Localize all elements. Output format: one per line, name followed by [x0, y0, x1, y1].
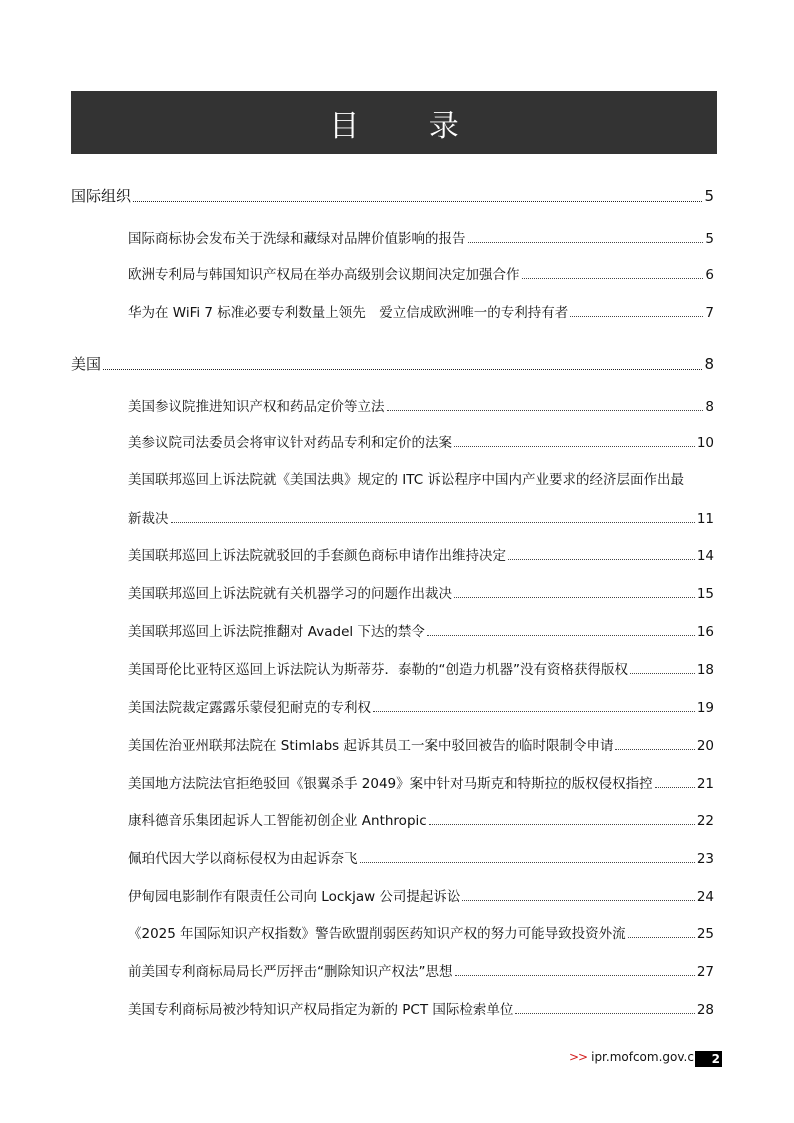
- toc-entry-label: 美国参议院推进知识产权和药品定价等立法: [128, 395, 385, 415]
- toc-page-number: 6: [705, 267, 714, 283]
- dot-leader: [387, 410, 704, 411]
- toc-entry-label: 康科德音乐集团起诉人工智能初创企业 Anthropic: [128, 809, 427, 829]
- toc-page-number: 8: [705, 399, 714, 415]
- toc-page-number: 22: [697, 813, 714, 829]
- toc-entry[interactable]: 美国哥伦比亚特区巡回上诉法院认为斯蒂芬．泰勒的“创造力机器”没有资格获得版权 1…: [128, 658, 714, 678]
- dot-leader: [373, 711, 695, 712]
- toc-page-number: 10: [697, 435, 714, 451]
- toc-entry-label: 美国地方法院法官拒绝驳回《银翼杀手 2049》案中针对马斯克和特斯拉的版权侵权指…: [128, 772, 653, 792]
- toc-page-number: 5: [704, 187, 714, 205]
- toc-entry-label: 美国法院裁定露露乐蒙侵犯耐克的专利权: [128, 696, 371, 716]
- dot-leader: [570, 316, 703, 317]
- toc-page-number: 5: [705, 231, 714, 247]
- toc-entry[interactable]: 国际商标协会发布关于洗绿和藏绿对品牌价值影响的报告 5: [128, 227, 714, 247]
- toc-section-label: 国际组织: [71, 185, 131, 206]
- toc-entry[interactable]: 佩珀代因大学以商标侵权为由起诉奈飞 23: [128, 847, 714, 867]
- toc-entry-label: 欧洲专利局与韩国知识产权局在举办高级别会议期间决定加强合作: [128, 263, 520, 283]
- page-footer: >> ipr.mofcom.gov.cn: [569, 1050, 702, 1064]
- toc-page-number: 25: [697, 926, 714, 942]
- toc-entry[interactable]: 伊甸园电影制作有限责任公司向 Lockjaw 公司提起诉讼 24: [128, 885, 714, 905]
- toc-page-number: 7: [705, 305, 714, 321]
- toc-entry-label: 美国专利商标局被沙特知识产权局指定为新的 PCT 国际检索单位: [128, 998, 513, 1018]
- double-chevron-right-icon: >>: [569, 1050, 587, 1064]
- toc-page-number: 11: [697, 511, 714, 527]
- toc-entry-label: 华为在 WiFi 7 标准必要专利数量上领先 爱立信成欧洲唯一的专利持有者: [128, 301, 568, 321]
- dot-leader: [628, 937, 695, 938]
- toc-entry[interactable]: 欧洲专利局与韩国知识产权局在举办高级别会议期间决定加强合作 6: [128, 263, 714, 283]
- toc-entry-label: 伊甸园电影制作有限责任公司向 Lockjaw 公司提起诉讼: [128, 885, 460, 905]
- toc-entry[interactable]: 美国佐治亚州联邦法院在 Stimlabs 起诉其员工一案中驳回被告的临时限制令申…: [128, 734, 714, 754]
- toc-entry[interactable]: 美国法院裁定露露乐蒙侵犯耐克的专利权 19: [128, 696, 714, 716]
- dot-leader: [429, 824, 695, 825]
- dot-leader: [655, 787, 695, 788]
- dot-leader: [462, 900, 694, 901]
- toc-entry[interactable]: 美国参议院推进知识产权和药品定价等立法 8: [128, 395, 714, 415]
- toc-page-number: 16: [697, 624, 714, 640]
- toc-entry[interactable]: 新裁决 11: [128, 507, 714, 527]
- toc-title: 目 录: [299, 101, 489, 145]
- toc-entry-wrapped-line1[interactable]: 美国联邦巡回上诉法院就《美国法典》规定的 ITC 诉讼程序中国内产业要求的经济层…: [128, 468, 724, 488]
- toc-section-international-orgs[interactable]: 国际组织 5: [71, 185, 714, 206]
- toc-entry[interactable]: 美国地方法院法官拒绝驳回《银翼杀手 2049》案中针对马斯克和特斯拉的版权侵权指…: [128, 772, 714, 792]
- dot-leader: [455, 975, 695, 976]
- dot-leader: [454, 446, 695, 447]
- dot-leader: [171, 522, 695, 523]
- toc-entry[interactable]: 《2025 年国际知识产权指数》警告欧盟削弱医药知识产权的努力可能导致投资外流 …: [128, 922, 714, 942]
- toc-page-number: 28: [697, 1002, 714, 1018]
- toc-entry-label: 美国联邦巡回上诉法院就驳回的手套颜色商标申请作出维持决定: [128, 544, 506, 564]
- dot-leader: [508, 559, 695, 560]
- toc-entry[interactable]: 美国联邦巡回上诉法院推翻对 Avadel 下达的禁令 16: [128, 620, 714, 640]
- toc-page-number: 20: [697, 738, 714, 754]
- toc-entry-label: 新裁决: [128, 507, 169, 527]
- dot-leader: [103, 369, 702, 370]
- dot-leader: [133, 201, 702, 202]
- toc-page-number: 19: [697, 700, 714, 716]
- page-number-badge: 2: [695, 1051, 722, 1067]
- toc-entry[interactable]: 康科德音乐集团起诉人工智能初创企业 Anthropic 22: [128, 809, 714, 829]
- toc-entry-label: 美国佐治亚州联邦法院在 Stimlabs 起诉其员工一案中驳回被告的临时限制令申…: [128, 734, 613, 754]
- toc-entry-label: 美国联邦巡回上诉法院就《美国法典》规定的 ITC 诉讼程序中国内产业要求的经济层…: [128, 472, 684, 488]
- toc-entry[interactable]: 前美国专利商标局局长严厉抨击“删除知识产权法”思想 27: [128, 960, 714, 980]
- dot-leader: [615, 749, 694, 750]
- toc-page-number: 23: [697, 851, 714, 867]
- toc-entry[interactable]: 美参议院司法委员会将审议针对药品专利和定价的法案 10: [128, 431, 714, 451]
- toc-entry-label: 国际商标协会发布关于洗绿和藏绿对品牌价值影响的报告: [128, 227, 466, 247]
- toc-entry-label: 美国联邦巡回上诉法院就有关机器学习的问题作出裁决: [128, 582, 452, 602]
- toc-title-bar: 目 录: [71, 91, 717, 154]
- dot-leader: [454, 597, 695, 598]
- toc-entry-label: 佩珀代因大学以商标侵权为由起诉奈飞: [128, 847, 358, 867]
- dot-leader: [522, 278, 704, 279]
- toc-page-number: 18: [697, 662, 714, 678]
- toc-entry[interactable]: 美国联邦巡回上诉法院就有关机器学习的问题作出裁决 15: [128, 582, 714, 602]
- toc-section-usa[interactable]: 美国 8: [71, 353, 714, 374]
- dot-leader: [360, 862, 695, 863]
- toc-page-number: 14: [697, 548, 714, 564]
- toc-entry-label: 《2025 年国际知识产权指数》警告欧盟削弱医药知识产权的努力可能导致投资外流: [128, 922, 626, 942]
- toc-page-number: 27: [697, 964, 714, 980]
- toc-entry-label: 美国哥伦比亚特区巡回上诉法院认为斯蒂芬．泰勒的“创造力机器”没有资格获得版权: [128, 658, 628, 678]
- dot-leader: [630, 673, 695, 674]
- toc-entry[interactable]: 华为在 WiFi 7 标准必要专利数量上领先 爱立信成欧洲唯一的专利持有者 7: [128, 301, 714, 321]
- dot-leader: [515, 1013, 694, 1014]
- toc-page-number: 8: [704, 355, 714, 373]
- toc-entry[interactable]: 美国联邦巡回上诉法院就驳回的手套颜色商标申请作出维持决定 14: [128, 544, 714, 564]
- toc-entry-label: 美国联邦巡回上诉法院推翻对 Avadel 下达的禁令: [128, 620, 425, 640]
- toc-entry[interactable]: 美国专利商标局被沙特知识产权局指定为新的 PCT 国际检索单位 28: [128, 998, 714, 1018]
- toc-section-label: 美国: [71, 353, 101, 374]
- dot-leader: [427, 635, 695, 636]
- toc-entry-label: 美参议院司法委员会将审议针对药品专利和定价的法案: [128, 431, 452, 451]
- toc-page-number: 21: [697, 776, 714, 792]
- dot-leader: [468, 242, 704, 243]
- toc-entry-label: 前美国专利商标局局长严厉抨击“删除知识产权法”思想: [128, 960, 453, 980]
- toc-page-number: 24: [697, 889, 714, 905]
- footer-website-link[interactable]: ipr.mofcom.gov.cn: [591, 1050, 701, 1064]
- toc-page-number: 15: [697, 586, 714, 602]
